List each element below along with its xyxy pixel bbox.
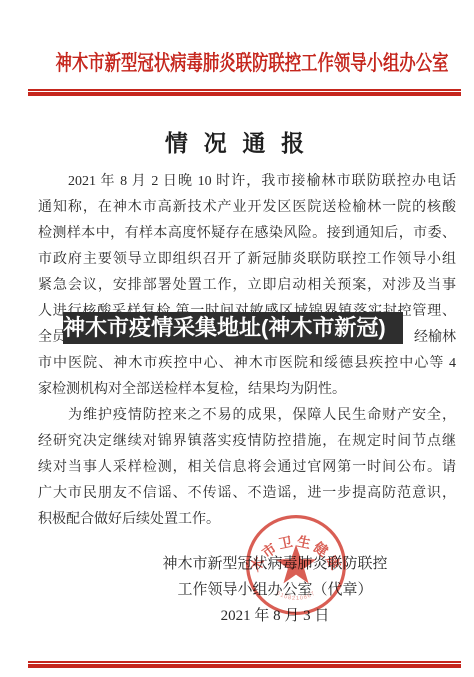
red-rule-top-thick [28, 92, 461, 96]
body-line: 积极配合做好后续处置工作。 [38, 507, 456, 533]
red-rule-bottom-thick [28, 664, 461, 668]
letterhead-text: 神木市新型冠状病毒肺炎联防联控工作领导小组办公室 [55, 47, 448, 77]
body-line: 通知称，在神木市高新技术产业开发区医院送检榆林一院的核酸 [38, 195, 456, 221]
signature-org-line2: 工作领导小组办公室（代章） [110, 577, 440, 603]
body-line-partially-covered: 全员核 经榆林 神木市疫情采集地址(神木市新冠) [38, 325, 456, 351]
body-line: 紧急会议，安排部署处置工作，立即启动相关预案，对涉及当事 [38, 273, 456, 299]
letterhead-title: 神木市新型冠状病毒肺炎联防联控工作领导小组办公室 [0, 47, 474, 77]
body-line: 为维护疫情防控来之不易的成果，保障人民生命财产安全， [38, 403, 456, 429]
document-body: 2021 年 8 月 2 日晚 10 时许，我市接榆林市联防联控办电话 通知称，… [38, 169, 456, 533]
body-line: 经研究决定继续对锦界镇落实疫情防控措施，在规定时间节点继 [38, 429, 456, 455]
body-line: 检测样本中，有样本高度怀疑存在感染风险。接到通知后，市委、 [38, 221, 456, 247]
body-line: 市政府主要领导立即组织召开了新冠肺炎联防联控工作领导小组 [38, 247, 456, 273]
signature-org-line1: 神木市新型冠状病毒肺炎联防联控 [110, 551, 440, 577]
overlay-banner: 神木市疫情采集地址(神木市新冠) [63, 312, 403, 344]
body-line: 续对当事人采样检测，相关信息将会通过官网第一时间公布。请 [38, 455, 456, 481]
issue-date: 2021 年 8 月 3 日 [110, 603, 440, 629]
body-line: 广大市民朋友不信谣、不传谣、不造谣，进一步提高防范意识， [38, 481, 456, 507]
covered-line-right-fragment: 经榆林 [414, 325, 456, 351]
body-line: 2021 年 8 月 2 日晚 10 时许，我市接榆林市联防联控办电话 [38, 169, 456, 195]
body-line: 家检测机构对全部送检样本复检，结果均为阴性。 [38, 377, 456, 403]
document-title: 情 况 通 报 [0, 125, 474, 158]
body-line: 市中医院、神木市疾控中心、神木市医院和绥德县疾控中心等 4 [38, 351, 456, 377]
red-rule-top-thin [28, 89, 461, 91]
red-rule-bottom-thin [28, 661, 461, 663]
signature-block: 神木市新型冠状病毒肺炎联防联控 工作领导小组办公室（代章） 2021 年 8 月… [110, 551, 440, 629]
document-page: 神木市新型冠状病毒肺炎联防联控工作领导小组办公室 情 况 通 报 2021 年 … [0, 0, 474, 677]
